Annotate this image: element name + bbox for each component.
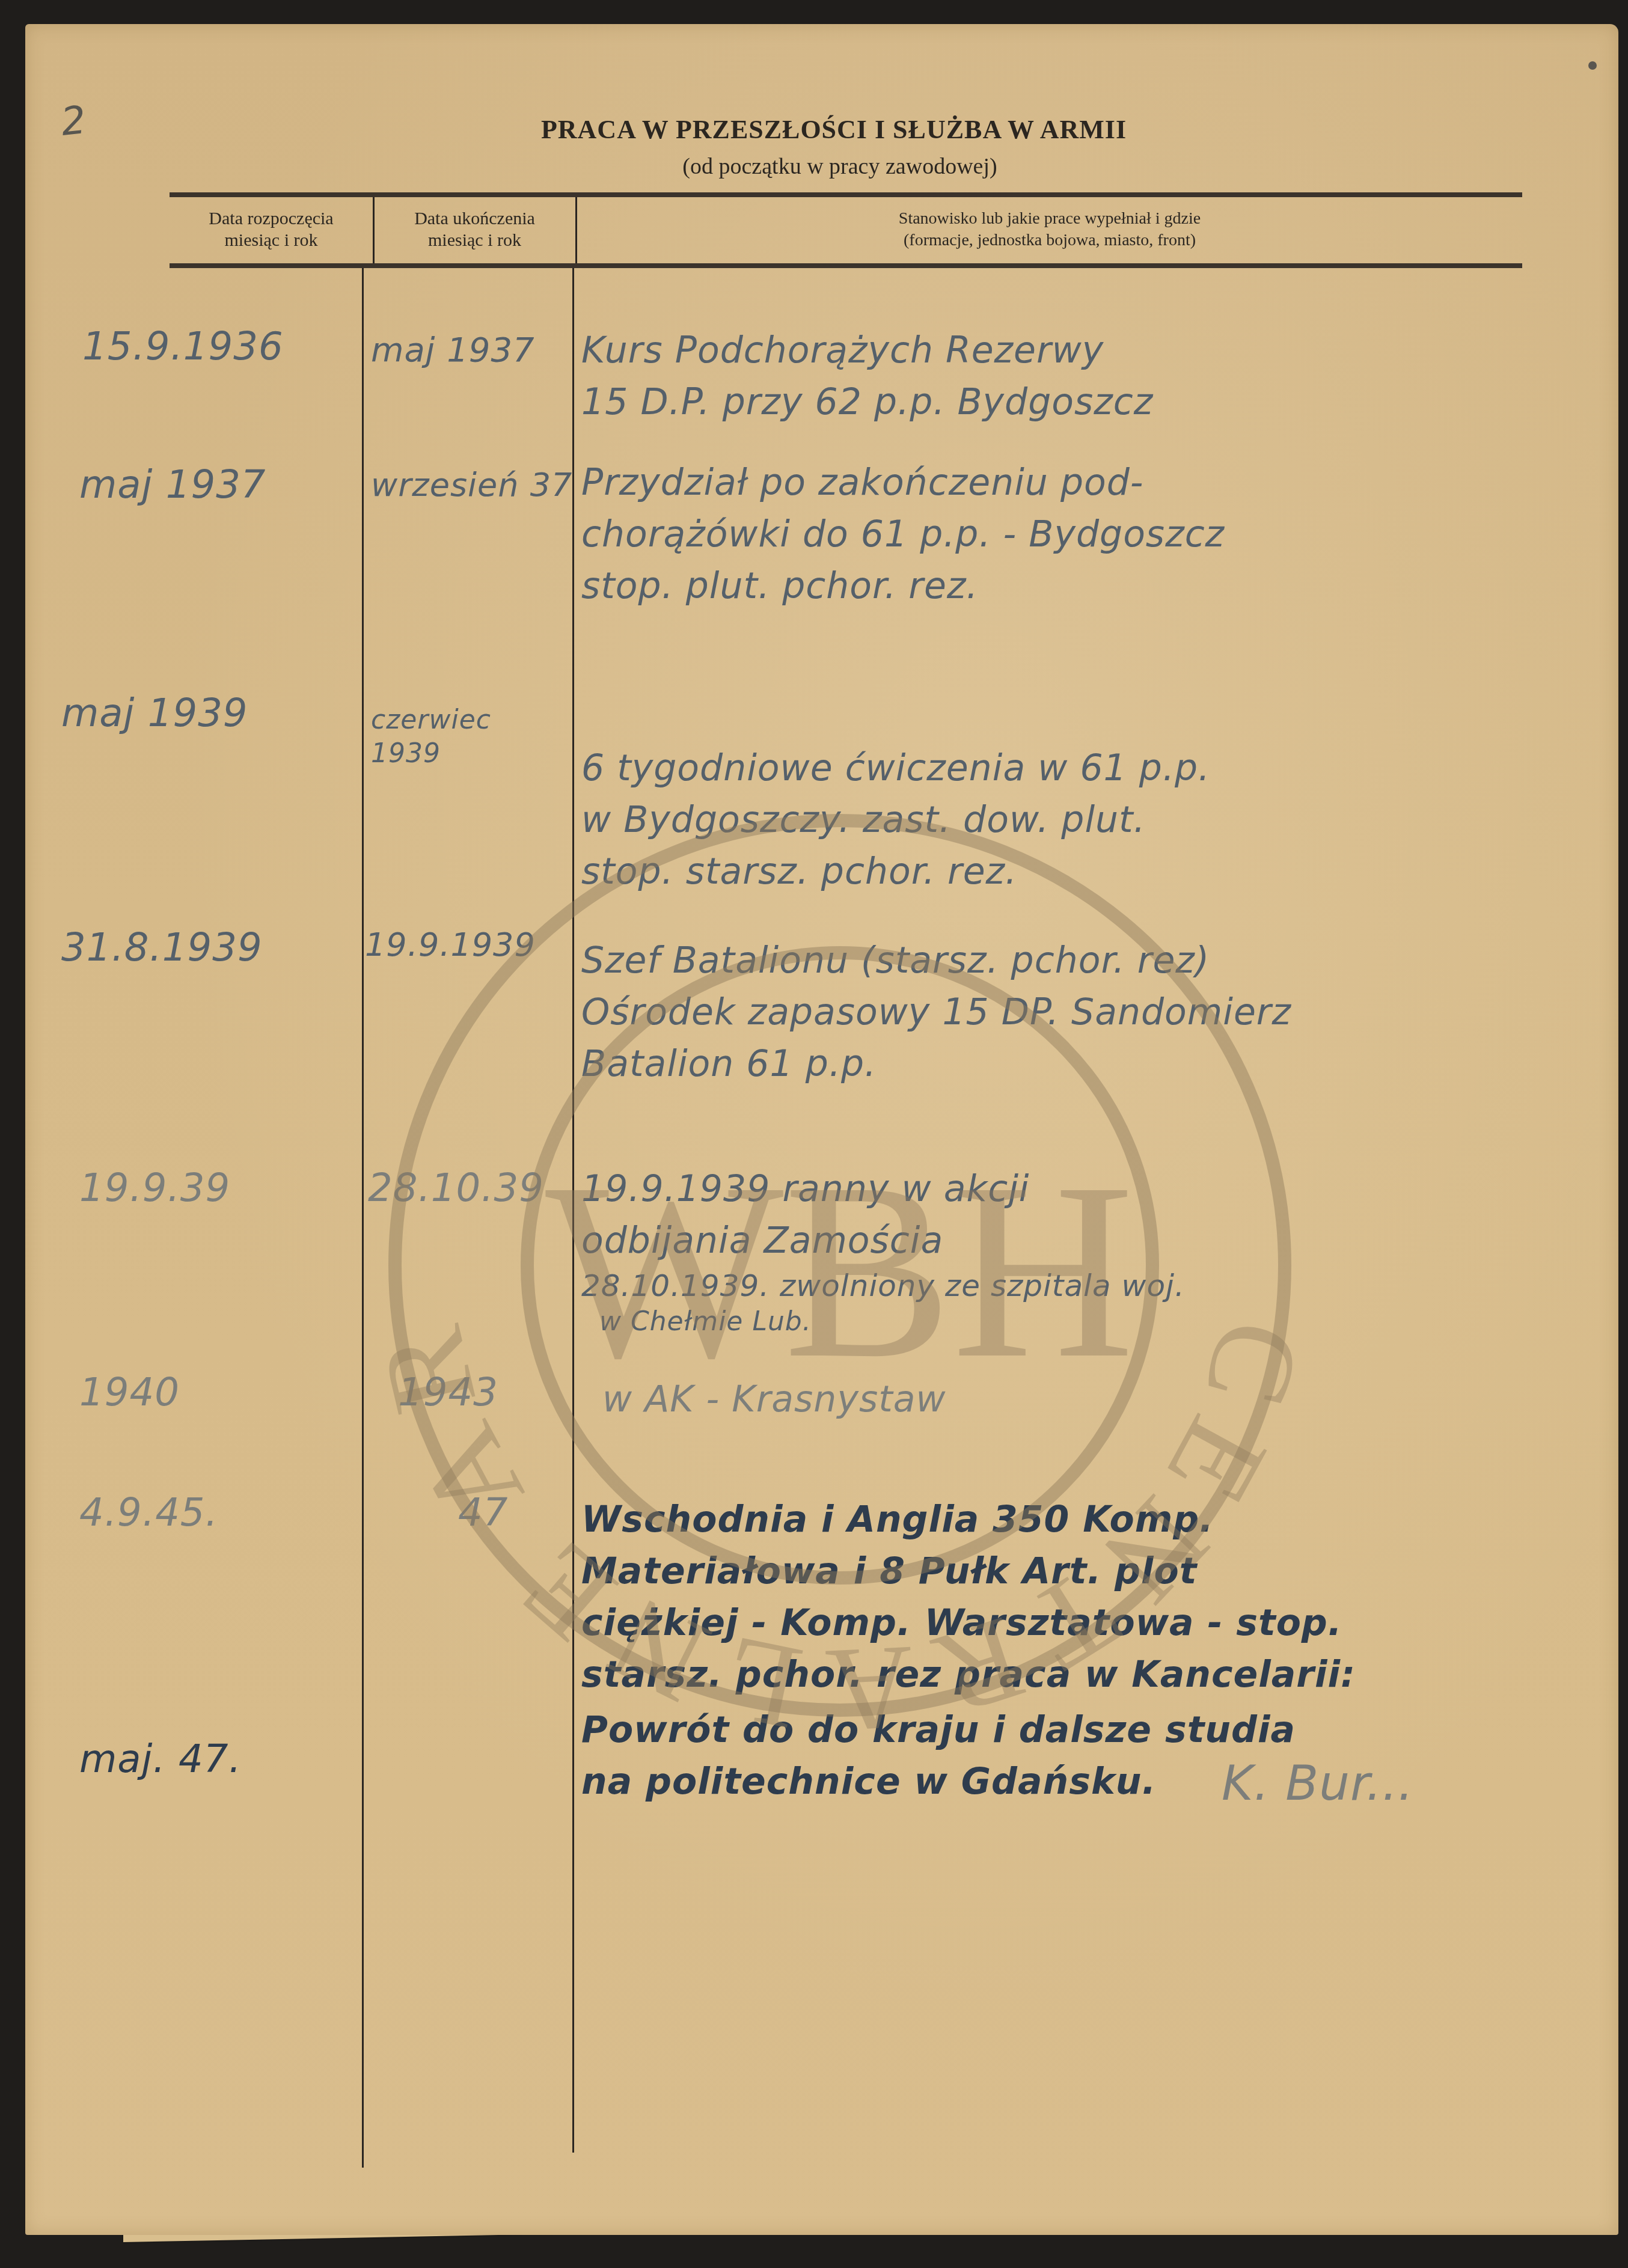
entry-line: chorążówki do 61 p.p. - Bydgoszcz [581, 509, 1225, 560]
entry-line: w Chełmie Lub. [581, 1305, 1185, 1339]
column-header-sublabel: (formacje, jednostka bojowa, miasto, fro… [577, 230, 1522, 251]
entry-line: Materiałowa i 8 Pułk Art. plot [581, 1545, 1356, 1597]
row-6-start-date: 1940 [79, 1371, 180, 1415]
column-header-position: Stanowisko lub jakie prace wypełniał i g… [577, 208, 1522, 251]
signature: K. Bur... [1222, 1755, 1414, 1811]
entry-line: 28.10.1939. zwolniony ze szpitala woj. [581, 1267, 1185, 1305]
row-2-end-date: wrzesień 37 [371, 466, 572, 504]
entry-line: 6 tygodniowe ćwiczenia w 61 p.p. [581, 742, 1210, 794]
entry-line: Ośrodek zapasowy 15 DP. Sandomierz [581, 986, 1291, 1038]
entry-line: odbijania Zamościa [581, 1215, 1185, 1267]
entry-line: w AK - Krasnystaw [602, 1374, 946, 1425]
row-1-start-date: 15.9.1936 [82, 325, 284, 369]
entry-line: 19.9.1939 ranny w akcji [581, 1163, 1185, 1215]
row-3-description: 6 tygodniowe ćwiczenia w 61 p.p. w Bydgo… [581, 742, 1210, 897]
row-6-end-date: 1943 [398, 1371, 498, 1415]
entry-line: w Bydgoszczy. zast. dow. plut. [581, 794, 1210, 846]
header-rule-top [170, 192, 1522, 197]
entry-line: Wschodnia i Anglia 350 Komp. [581, 1494, 1356, 1545]
row-2-start-date: maj 1937 [79, 463, 266, 507]
row-8-description: Powrót do do kraju i dalsze studia na po… [581, 1704, 1296, 1808]
row-6-description: w AK - Krasnystaw [602, 1374, 946, 1425]
row-3-end-date: czerwiec 1939 [371, 703, 563, 771]
column-divider-start-end [362, 268, 364, 2168]
column-header-sublabel: miesiąc i rok [374, 230, 575, 251]
row-7-end-date: 47 [458, 1491, 508, 1535]
punch-hole [1588, 61, 1597, 70]
row-4-description: Szef Batalionu (starsz. pchor. rez) Ośro… [581, 935, 1291, 1090]
row-5-description: 19.9.1939 ranny w akcji odbijania Zamośc… [581, 1163, 1185, 1339]
form-title: PRACA W PRZESZŁOŚCI I SŁUŻBA W ARMII [25, 114, 1618, 145]
column-header-sublabel: miesiąc i rok [170, 230, 373, 251]
entry-line: stop. plut. pchor. rez. [581, 560, 1225, 612]
entry-line: na politechnice w Gdańsku. [581, 1756, 1296, 1808]
column-header-label: Data ukończenia [374, 208, 575, 230]
row-5-start-date: 19.9.39 [79, 1166, 230, 1211]
column-divider-end-description [572, 268, 574, 2153]
row-1-end-date: maj 1937 [371, 331, 535, 370]
entry-line: Przydział po zakończeniu pod- [581, 457, 1225, 509]
entry-line: ciężkiej - Komp. Warsztatowa - stop. [581, 1597, 1356, 1649]
header-rule-bottom [170, 263, 1522, 268]
entry-line: 15 D.P. przy 62 p.p. Bydgoszcz [581, 376, 1153, 428]
row-5-end-date: 28.10.39 [368, 1166, 544, 1211]
entry-line: starsz. pchor. rez praca w Kancelarii: [581, 1649, 1356, 1701]
form-subtitle: (od początku w pracy zawodowej) [25, 153, 1618, 180]
column-header-label: Data rozpoczęcia [170, 208, 373, 230]
entry-line: Powrót do do kraju i dalsze studia [581, 1704, 1296, 1756]
entry-line: Batalion 61 p.p. [581, 1038, 1291, 1090]
document-page: 2 PRACA W PRZESZŁOŚCI I SŁUŻBA W ARMII (… [25, 24, 1618, 2235]
row-4-start-date: 31.8.1939 [61, 926, 263, 970]
row-3-start-date: maj 1939 [61, 691, 248, 736]
entry-line: stop. starsz. pchor. rez. [581, 846, 1210, 897]
column-header-label: Stanowisko lub jakie prace wypełniał i g… [577, 208, 1522, 230]
row-1-description: Kurs Podchorążych Rezerwy 15 D.P. przy 6… [581, 325, 1153, 428]
row-4-end-date: 19.9.1939 [365, 926, 536, 964]
entry-line: Szef Batalionu (starsz. pchor. rez) [581, 935, 1291, 986]
row-7-start-date: 4.9.45. [79, 1491, 218, 1535]
row-7-description: Wschodnia i Anglia 350 Komp. Materiałowa… [581, 1494, 1356, 1701]
column-header-end-date: Data ukończenia miesiąc i rok [374, 208, 575, 251]
entry-line: Kurs Podchorążych Rezerwy [581, 325, 1153, 376]
column-header-start-date: Data rozpoczęcia miesiąc i rok [170, 208, 373, 251]
row-2-description: Przydział po zakończeniu pod- chorążówki… [581, 457, 1225, 612]
row-8-start-date: maj. 47. [79, 1737, 242, 1782]
